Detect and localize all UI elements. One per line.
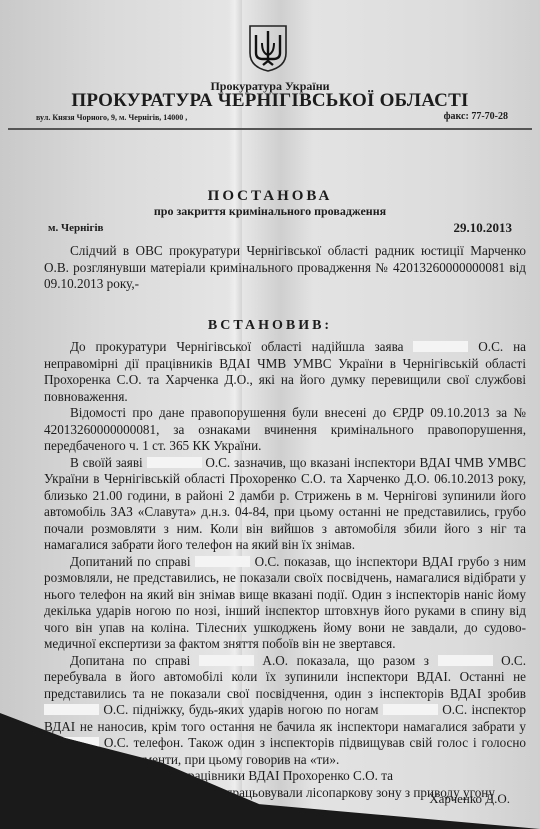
- document-city: м. Чернігів: [48, 222, 103, 234]
- redaction-block: [44, 737, 99, 748]
- document-page: Прокуратура України ПРОКУРАТУРА ЧЕРНІГІВ…: [0, 0, 540, 829]
- redaction-block: [383, 704, 438, 715]
- redaction-block: [199, 655, 254, 666]
- intro-text: Слідчий в ОВС прокуратури Чернігівської …: [44, 243, 526, 293]
- org-name: ПРОКУРАТУРА ЧЕРНІГІВСЬКОЇ ОБЛАСТІ: [0, 90, 540, 112]
- org-fax: факс: 77-70-28: [444, 111, 508, 122]
- signature-right: Харченко Д.О.: [429, 791, 510, 807]
- redaction-block: [438, 655, 493, 666]
- trident-coat-of-arms-icon: [247, 23, 289, 73]
- document-subtitle: про закриття кримінального провадження: [0, 204, 540, 219]
- body-paragraph: В своїй заяві О.С. зазначив, що вказані …: [44, 455, 526, 554]
- body-paragraph: Допитана по справі А.О. показала, що раз…: [44, 653, 526, 769]
- body-paragraph: До прокуратури Чернігівської області над…: [44, 339, 526, 405]
- main-body: До прокуратури Чернігівської області над…: [44, 339, 526, 801]
- header-divider: [8, 128, 532, 130]
- body-paragraph: Допитаний по справі О.С. показав, що інс…: [44, 554, 526, 653]
- document-date: 29.10.2013: [454, 220, 513, 236]
- intro-paragraph: Слідчий в ОВС прокуратури Чернігівської …: [44, 243, 526, 293]
- org-address: вул. Князя Чорного, 9, м. Чернігів, 1400…: [36, 113, 187, 122]
- document-title: ПОСТАНОВА: [0, 188, 540, 205]
- section-heading: ВСТАНОВИВ:: [0, 318, 540, 334]
- redaction-block: [44, 704, 99, 715]
- redaction-block: [413, 341, 468, 352]
- redaction-block: [195, 556, 250, 567]
- body-paragraph: Відомості про дане правопорушення були в…: [44, 405, 526, 455]
- redaction-block: [147, 457, 202, 468]
- body-paragraph: Допитані по справі працівники ВДАІ Прохо…: [44, 768, 526, 785]
